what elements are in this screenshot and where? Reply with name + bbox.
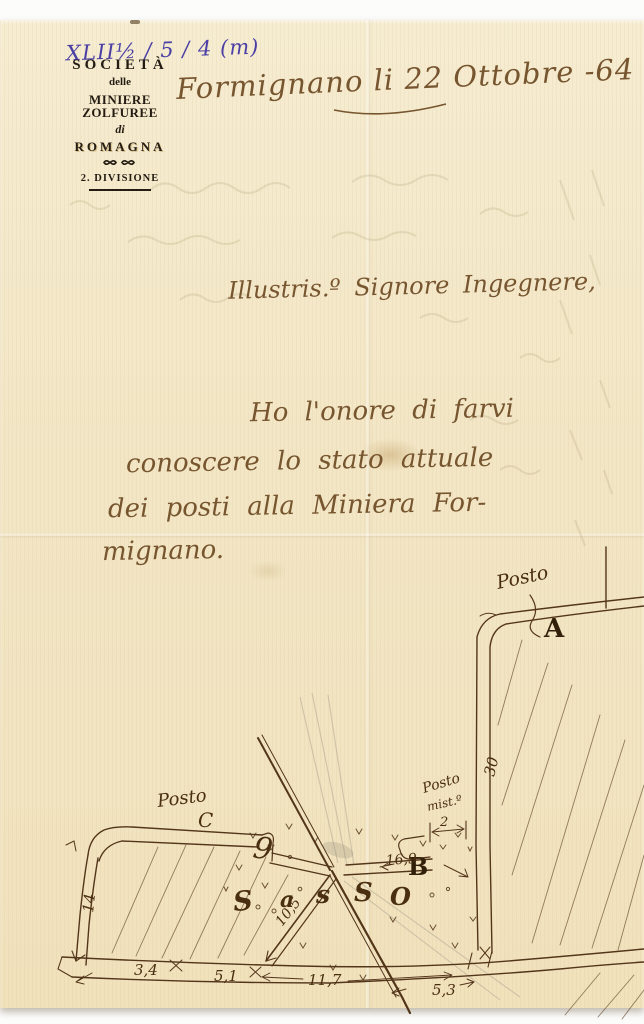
b-stub-outline [399, 836, 424, 850]
measure-right-shaft: 30 [480, 755, 502, 778]
posto-a-flourish [530, 595, 540, 637]
posto-b-qualifier: mist.º [426, 792, 464, 814]
chain-links-ornament-icon [102, 156, 138, 169]
letterhead-division: 2. DIVISIONE [52, 174, 188, 185]
posto-a-word: Posto [493, 562, 550, 595]
bottom-left-arrow [76, 973, 92, 984]
x-mark-3 [480, 947, 490, 959]
center-glyph-4: S [354, 878, 373, 908]
center-glyph-1: S [232, 885, 254, 918]
dateline-flourish [330, 100, 450, 118]
center-glyph-5: O [390, 882, 411, 911]
printed-letterhead: SOCIETÀ delle MINIERE ZOLFUREE di ROMAGN… [52, 58, 188, 191]
letterhead-romagna: ROMAGNA [52, 140, 188, 153]
corner-mark [66, 841, 76, 851]
measure-bottom-1: 3,4 [134, 961, 158, 979]
measure-bottom-4: 5,3 [432, 981, 456, 999]
measure-left-wall: 14 [79, 893, 99, 914]
measure-gallery: 16,9 [385, 851, 417, 869]
scanned-letter-photo: XLII½ / 5 / 4 (m) SOCIETÀ delle MINIERE … [0, 0, 644, 1024]
body-line-1: Ho l'onore di farvi [250, 394, 514, 429]
center-glyph-3: s [315, 880, 330, 909]
letterhead-rule [89, 189, 151, 191]
posto-c-letter: C [198, 808, 213, 832]
x-mark-2 [250, 967, 261, 977]
measure-near-c: 9 [251, 830, 275, 868]
center-glyph-2: a [280, 887, 294, 913]
letterhead-delle: delle [52, 77, 188, 88]
wall-arrowhead [72, 951, 85, 961]
measure-bottom-3: 11,7 [308, 971, 342, 989]
measure-b-width: 2 [439, 815, 448, 830]
hatching-right [498, 640, 644, 1019]
letterhead-di: di [52, 123, 188, 135]
body-line-2: conoscere lo stato attuale [126, 443, 494, 479]
b-right-arrow [444, 865, 468, 877]
letterhead-society: SOCIETÀ [52, 58, 188, 73]
posto-a-letter: A [543, 614, 565, 644]
mine-sketch: Posto A Posto C 9 Posto mist.º B 2 30 14… [0, 545, 644, 1024]
measure-bottom-2: 5,1 [214, 967, 238, 985]
letterhead-miniere: MINIERE ZOLFUREE [52, 93, 188, 119]
